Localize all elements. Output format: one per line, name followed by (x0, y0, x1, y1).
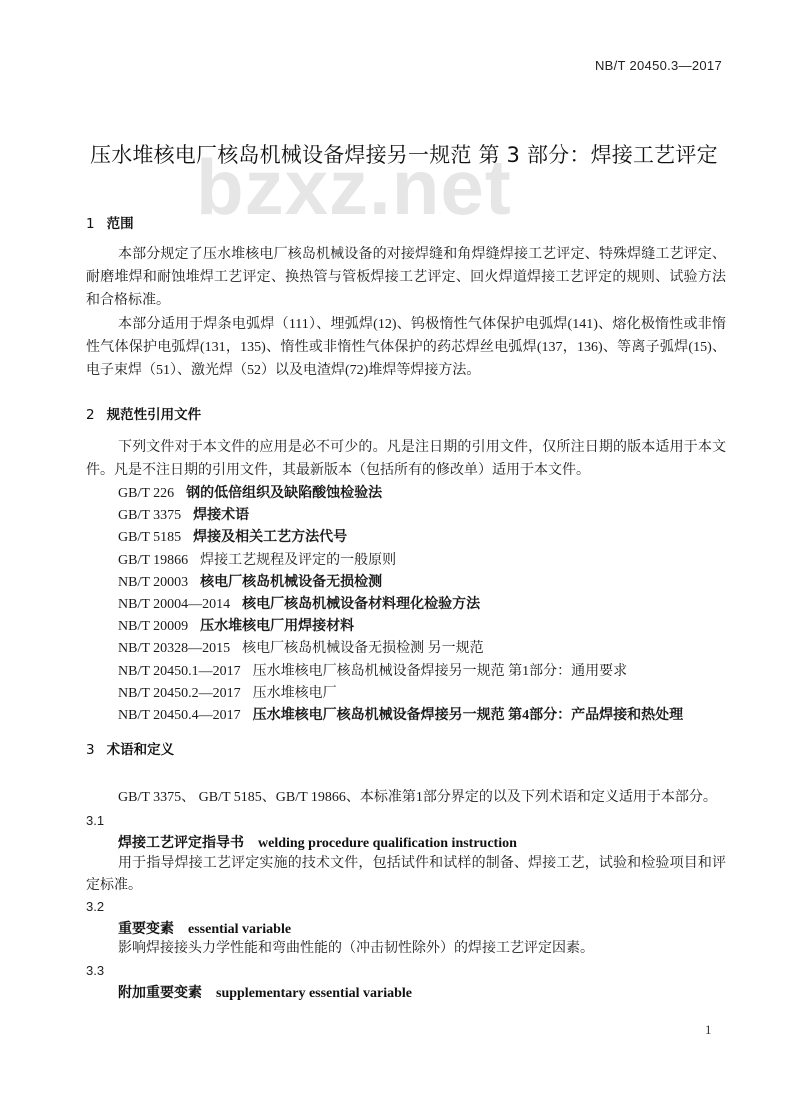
term-title-en: supplementary essential variable (216, 986, 412, 1001)
reference-item: GB/T 19866焊接工艺规程及评定的一般原则 (118, 550, 683, 572)
term-number: 3.1 (86, 813, 104, 828)
section-heading-normative-references: 2规范性引用文件 (86, 403, 201, 423)
term-title-en: welding procedure qualification instruct… (258, 836, 517, 851)
document-title: 压水堆核电厂核岛机械设备焊接另一规范 第 3 部分：焊接工艺评定 (90, 140, 730, 170)
term-title: 附加重要变素supplementary essential variable (118, 982, 412, 1002)
term-definition: 影响焊接接头力学性能和弯曲性能的（冲击韧性除外）的焊接工艺评定因素。 (86, 938, 726, 960)
term-number: 3.2 (86, 899, 104, 914)
section-number: 1 (86, 216, 95, 232)
term-title-en: essential variable (188, 922, 291, 937)
reference-item: GB/T 226钢的低倍组织及缺陷酸蚀检验法 (118, 483, 683, 505)
reference-name: 核电厂核岛机械设备无损检测 (200, 575, 382, 590)
term-title-zh: 附加重要变素 (118, 986, 202, 1001)
references-intro-paragraph: 下列文件对于本文件的应用是必不可少的。凡是注日期的引用文件，仅所注日期的版本适用… (86, 436, 726, 482)
reference-code: GB/T 3375 (118, 508, 181, 523)
reference-item: NB/T 20003核电厂核岛机械设备无损检测 (118, 572, 683, 594)
reference-code: GB/T 19866 (118, 553, 188, 568)
reference-code: NB/T 20004—2014 (118, 597, 230, 612)
section-title: 术语和定义 (107, 742, 175, 758)
reference-item: GB/T 5185焊接及相关工艺方法代号 (118, 527, 683, 549)
reference-item: NB/T 20450.1—2017压水堆核电厂核岛机械设备焊接另一规范 第1部分… (118, 661, 683, 683)
reference-name: 压水堆核电厂核岛机械设备焊接另一规范 第1部分：通用要求 (253, 664, 628, 679)
section-heading-terms-definitions: 3术语和定义 (86, 738, 174, 758)
reference-item: NB/T 20450.4—2017压水堆核电厂核岛机械设备焊接另一规范 第4部分… (118, 705, 683, 727)
reference-item: NB/T 20009压水堆核电厂用焊接材料 (118, 616, 683, 638)
section-number: 3 (86, 742, 95, 758)
reference-code: GB/T 226 (118, 486, 174, 501)
reference-code: NB/T 20450.2—2017 (118, 686, 241, 701)
reference-name: 压水堆核电厂用焊接材料 (200, 619, 354, 634)
reference-code: NB/T 20003 (118, 575, 188, 590)
term-title-zh: 重要变素 (118, 922, 174, 937)
reference-name: 焊接术语 (193, 508, 249, 523)
terms-intro-paragraph: GB/T 3375、 GB/T 5185、GB/T 19866、本标准第1部分界… (86, 786, 726, 809)
document-page: NB/T 20450.3—2017 bzxz.net 压水堆核电厂核岛机械设备焊… (0, 0, 800, 1100)
reference-list: GB/T 226钢的低倍组织及缺陷酸蚀检验法 GB/T 3375焊接术语 GB/… (118, 483, 683, 727)
section-heading-scope: 1范围 (86, 212, 134, 232)
reference-code: NB/T 20328—2015 (118, 641, 230, 656)
term-definition: 用于指导焊接工艺评定实施的技术文件，包括试件和试样的制备、焊接工艺，试验和检验项… (86, 853, 726, 897)
reference-name: 核电厂核岛机械设备材料理化检验方法 (242, 597, 480, 612)
standard-code: NB/T 20450.3—2017 (595, 58, 722, 73)
reference-code: NB/T 20450.4—2017 (118, 708, 241, 723)
reference-item: NB/T 20004—2014核电厂核岛机械设备材料理化检验方法 (118, 594, 683, 616)
section-title: 规范性引用文件 (107, 407, 202, 423)
reference-name: 压水堆核电厂 (253, 686, 337, 701)
reference-name: 钢的低倍组织及缺陷酸蚀检验法 (186, 486, 382, 501)
scope-paragraph-2: 本部分适用于焊条电弧焊（111）、埋弧焊(12)、钨极惰性气体保护电弧焊(141… (86, 313, 726, 382)
reference-name: 焊接工艺规程及评定的一般原则 (200, 553, 396, 568)
term-title: 重要变素essential variable (118, 918, 291, 938)
section-title: 范围 (107, 216, 134, 232)
reference-name: 焊接及相关工艺方法代号 (193, 530, 347, 545)
reference-item: NB/T 20450.2—2017压水堆核电厂 (118, 683, 683, 705)
section-number: 2 (86, 407, 95, 423)
page-number: 1 (705, 1022, 712, 1038)
reference-name: 核电厂核岛机械设备无损检测 另一规范 (242, 641, 484, 656)
reference-code: GB/T 5185 (118, 530, 181, 545)
reference-item: GB/T 3375焊接术语 (118, 505, 683, 527)
term-title-zh: 焊接工艺评定指导书 (118, 836, 244, 851)
reference-item: NB/T 20328—2015核电厂核岛机械设备无损检测 另一规范 (118, 638, 683, 660)
term-title: 焊接工艺评定指导书welding procedure qualification… (118, 832, 517, 852)
term-number: 3.3 (86, 963, 104, 978)
reference-code: NB/T 20009 (118, 619, 188, 634)
reference-name: 压水堆核电厂核岛机械设备焊接另一规范 第4部分：产品焊接和热处理 (253, 708, 684, 723)
reference-code: NB/T 20450.1—2017 (118, 664, 241, 679)
scope-paragraph-1: 本部分规定了压水堆核电厂核岛机械设备的对接焊缝和角焊缝焊接工艺评定、特殊焊缝工艺… (86, 243, 726, 312)
